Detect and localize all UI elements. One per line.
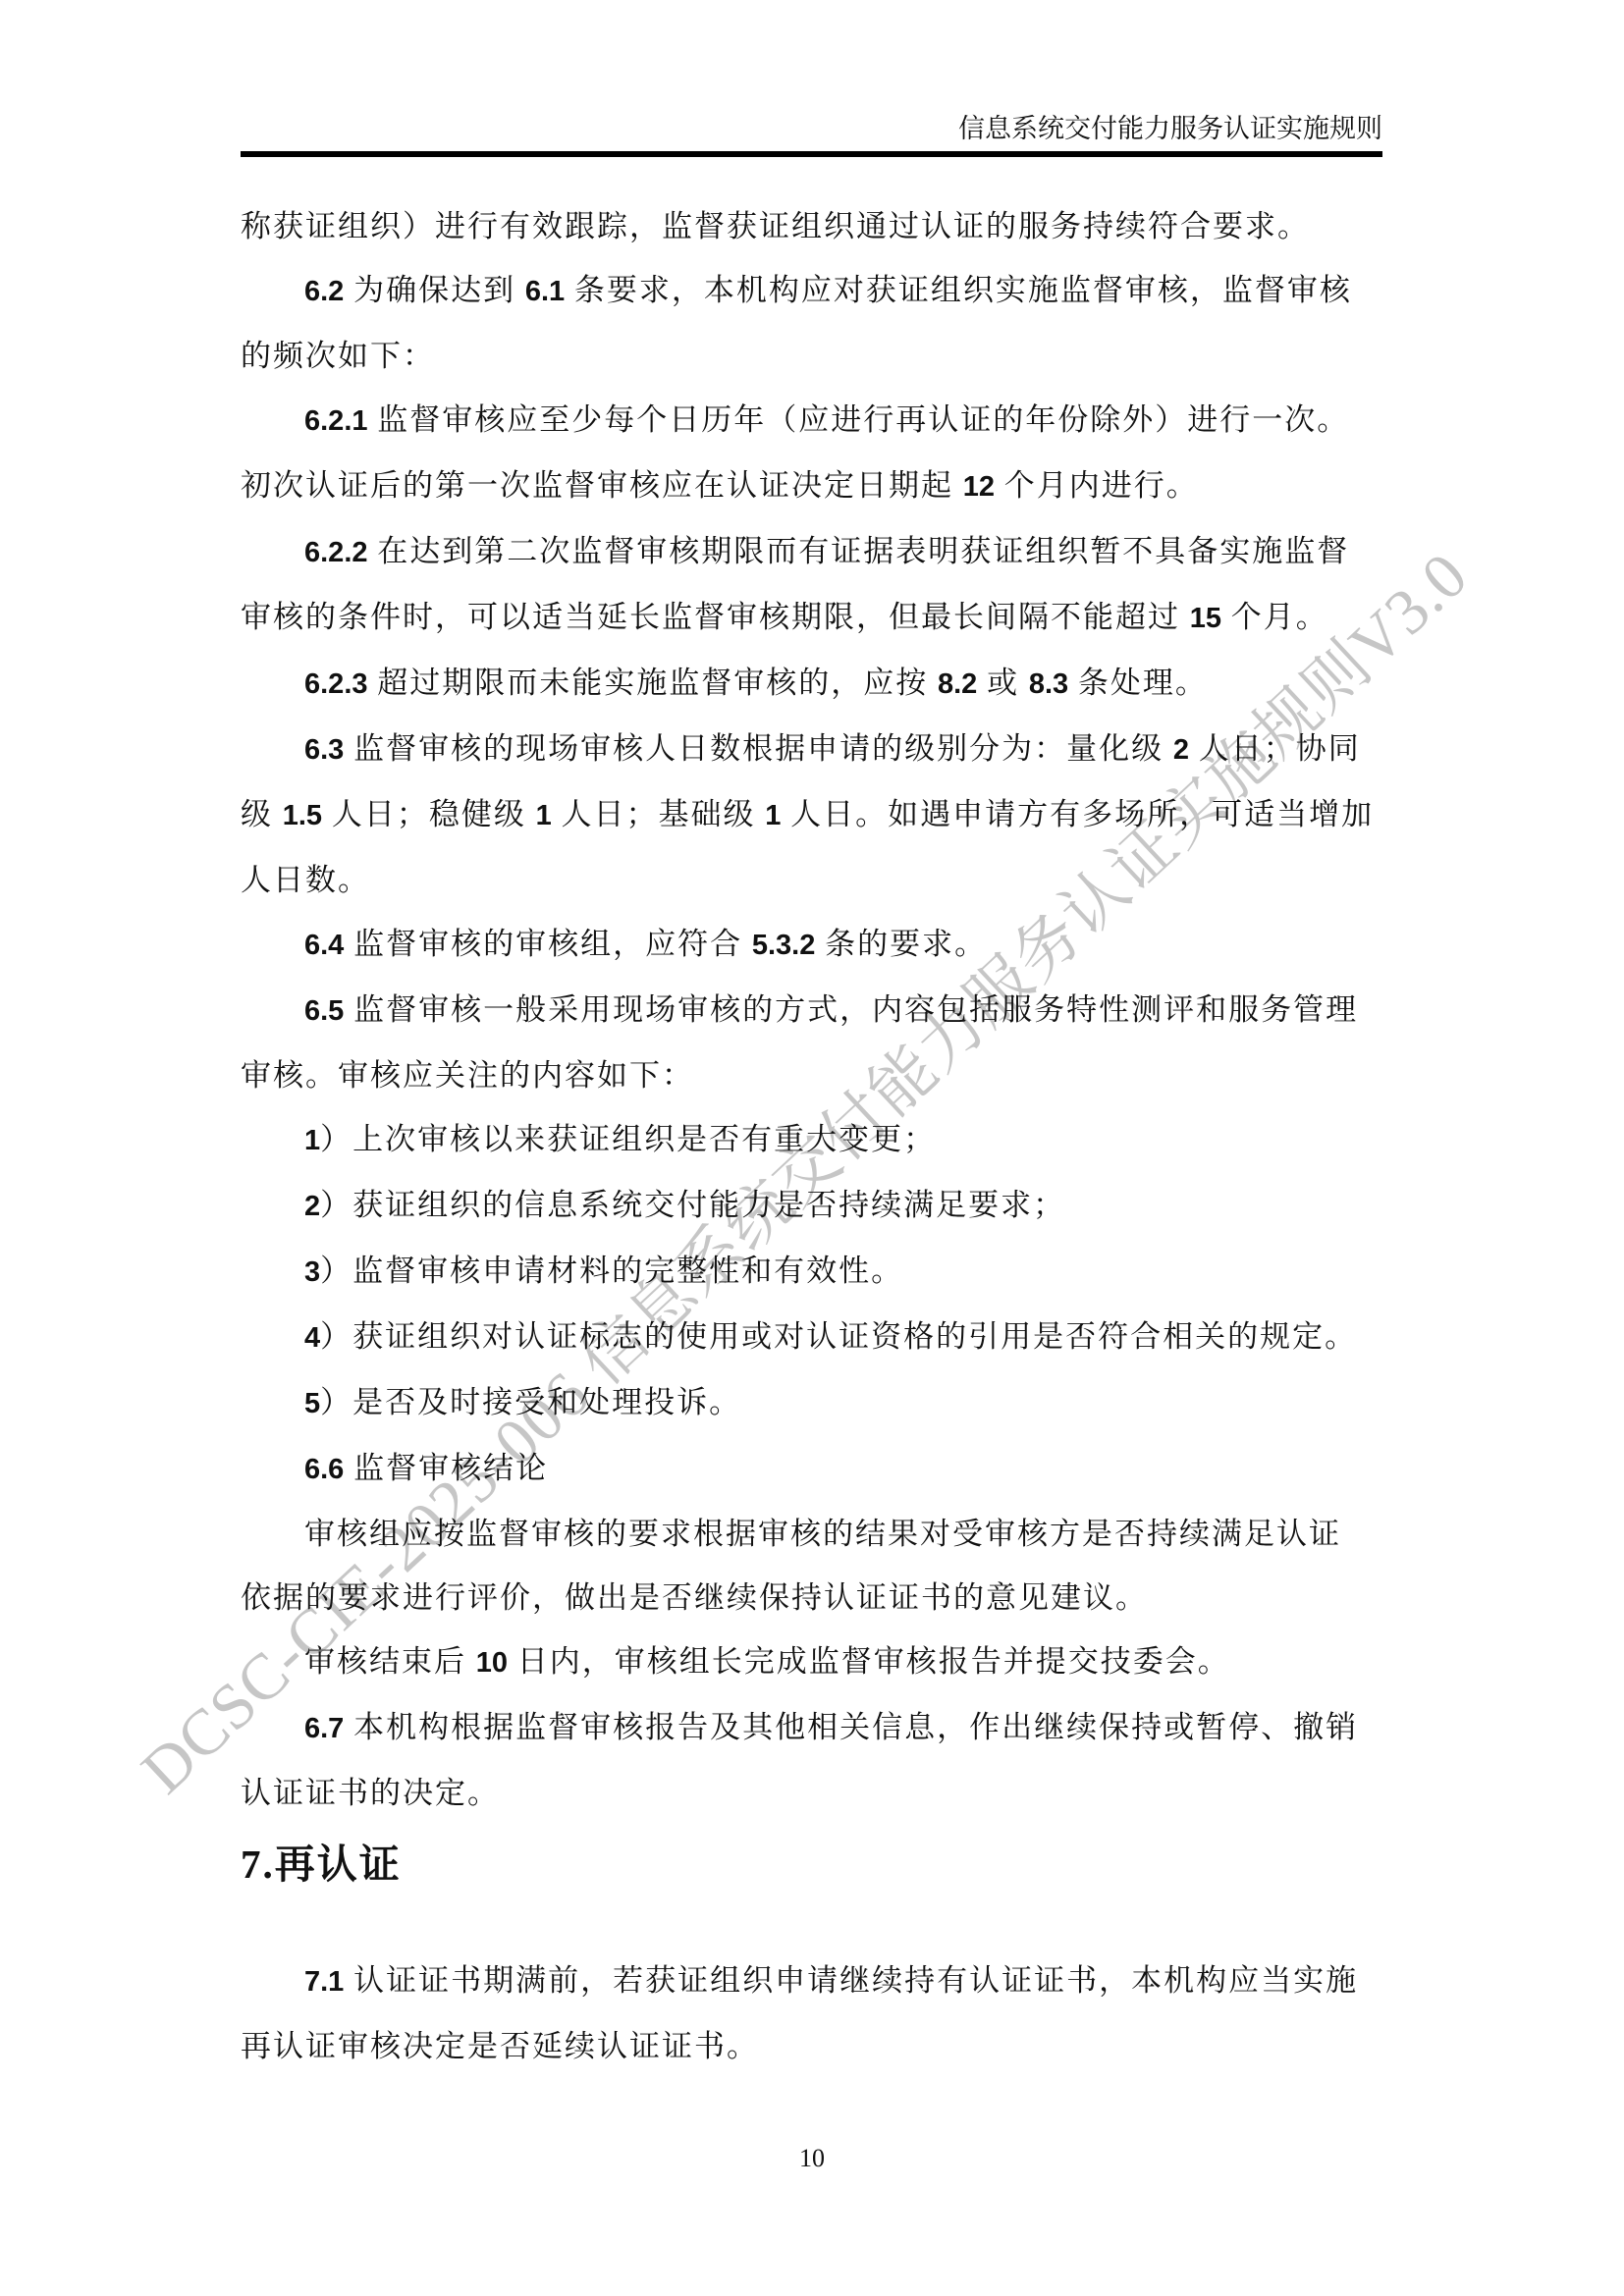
- inline-number: 6.2.2: [304, 537, 368, 568]
- inline-number: 2: [1173, 734, 1189, 766]
- header-rule: [241, 151, 1382, 157]
- text-line: 6.6 监督审核结论: [241, 1436, 1394, 1502]
- text-line: 6.2.2 在达到第二次监督审核期限而有证据表明获证组织暂不具备实施监督: [241, 519, 1394, 585]
- section-7-heading: 7.再认证: [241, 1832, 402, 1890]
- body-text-section-6: 称获证组织）进行有效跟踪，监督获证组织通过认证的服务持续符合要求。6.2 为确保…: [241, 194, 1394, 1825]
- inline-number: 15: [1190, 603, 1221, 634]
- text-line: 4）获证组织对认证标志的使用或对认证资格的引用是否符合相关的规定。: [241, 1305, 1394, 1370]
- inline-number: 8.3: [1029, 668, 1068, 700]
- text-line: 7.1 认证证书期满前，若获证组织申请继续持有认证证书，本机构应当实施: [241, 1949, 1394, 2014]
- inline-number: 3: [304, 1256, 320, 1288]
- inline-number: 1: [304, 1125, 320, 1156]
- inline-number: 5: [304, 1388, 320, 1419]
- text-line: 审核。审核应关注的内容如下：: [241, 1043, 1394, 1107]
- inline-number: 6.7: [304, 1713, 344, 1744]
- text-line: 级 1.5 人日；稳健级 1 人日；基础级 1 人日。如遇申请方有多场所，可适当…: [241, 782, 1394, 848]
- text-line: 2）获证组织的信息系统交付能力是否持续满足要求；: [241, 1173, 1394, 1239]
- inline-number: 6.6: [304, 1454, 344, 1485]
- text-line: 6.2.3 超过期限而未能实施监督审核的，应按 8.2 或 8.3 条处理。: [241, 651, 1394, 717]
- text-line: 1）上次审核以来获证组织是否有重大变更；: [241, 1107, 1394, 1173]
- header-title: 信息系统交付能力服务认证实施规则: [241, 112, 1382, 145]
- text-line: 初次认证后的第一次监督审核应在认证决定日期起 12 个月内进行。: [241, 454, 1394, 519]
- text-line: 审核组应按监督审核的要求根据审核的结果对受审核方是否持续满足认证: [241, 1502, 1394, 1566]
- inline-number: 8.2: [938, 668, 977, 700]
- inline-number: 6.2: [304, 276, 344, 307]
- text-line: 6.2.1 监督审核应至少每个日历年（应进行再认证的年份除外）进行一次。: [241, 388, 1394, 454]
- text-line: 审核的条件时，可以适当延长监督审核期限，但最长间隔不能超过 15 个月。: [241, 585, 1394, 651]
- inline-number: 2: [304, 1191, 320, 1222]
- body-text-section-7: 7.1 认证证书期满前，若获证组织申请继续持有认证证书，本机构应当实施再认证审核…: [241, 1949, 1394, 2078]
- inline-number: 4: [304, 1322, 320, 1354]
- inline-number: 5.3.2: [752, 930, 816, 961]
- text-line: 5）是否及时接受和处理投诉。: [241, 1370, 1394, 1436]
- text-line: 再认证审核决定是否延续认证证书。: [241, 2014, 1394, 2078]
- inline-number: 1: [765, 800, 781, 831]
- inline-number: 10: [476, 1647, 508, 1679]
- inline-number: 1.5: [283, 800, 322, 831]
- document-page: DCSC-CIE-2025-006 信息系统交付能力服务认证实施规则V3.0 信…: [0, 0, 1624, 2296]
- text-line: 依据的要求进行评价，做出是否继续保持认证证书的意见建议。: [241, 1566, 1394, 1629]
- inline-number: 1: [536, 800, 552, 831]
- text-line: 6.4 监督审核的审核组，应符合 5.3.2 条的要求。: [241, 912, 1394, 978]
- text-line: 人日数。: [241, 848, 1394, 912]
- text-line: 6.2 为确保达到 6.1 条要求，本机构应对获证组织实施监督审核，监督审核: [241, 258, 1394, 324]
- text-line: 称获证组织）进行有效跟踪，监督获证组织通过认证的服务持续符合要求。: [241, 194, 1394, 258]
- text-line: 审核结束后 10 日内，审核组长完成监督审核报告并提交技委会。: [241, 1629, 1394, 1695]
- inline-number: 6.1: [525, 276, 565, 307]
- text-line: 的频次如下：: [241, 324, 1394, 388]
- inline-number: 6.5: [304, 995, 344, 1027]
- inline-number: 6.3: [304, 734, 344, 766]
- text-line: 3）监督审核申请材料的完整性和有效性。: [241, 1239, 1394, 1305]
- page-number: 10: [0, 2144, 1624, 2173]
- text-line: 认证证书的决定。: [241, 1761, 1394, 1825]
- text-line: 6.3 监督审核的现场审核人日数根据申请的级别分为：量化级 2 人日；协同: [241, 717, 1394, 782]
- inline-number: 6.2.1: [304, 405, 368, 437]
- text-line: 6.5 监督审核一般采用现场审核的方式，内容包括服务特性测评和服务管理: [241, 978, 1394, 1043]
- inline-number: 7.1: [304, 1966, 344, 1998]
- text-line: 6.7 本机构根据监督审核报告及其他相关信息，作出继续保持或暂停、撤销: [241, 1695, 1394, 1761]
- inline-number: 6.2.3: [304, 668, 368, 700]
- inline-number: 12: [963, 471, 995, 503]
- inline-number: 6.4: [304, 930, 344, 961]
